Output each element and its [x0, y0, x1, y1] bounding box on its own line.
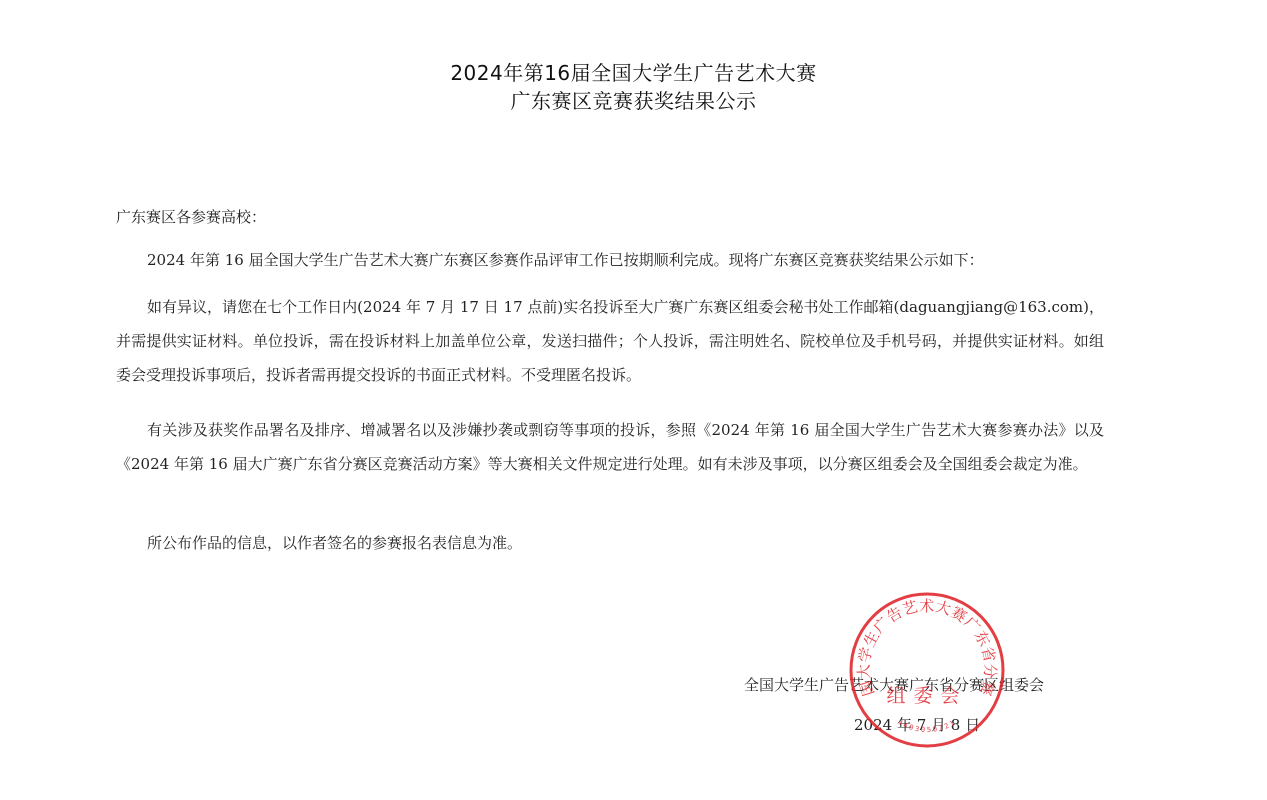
salutation: 广东赛区各参赛高校： [116, 200, 1104, 234]
paragraph-complaint-procedure: 如有异议，请您在七个工作日内(2024 年 7 月 17 日 17 点前)实名投… [116, 290, 1104, 392]
document-title-line-1: 2024年第16届全国大学生广告艺术大赛 [0, 59, 1267, 87]
signature-date: 2024 年 7 月 8 日 [744, 708, 1104, 742]
signature-organization: 全国大学生广告艺术大赛广东省分赛区组委会 [744, 668, 1104, 702]
signature-block: 全国大学生广告艺术大赛广东省分赛区组委会 2024 年 7 月 8 日 [744, 668, 1104, 742]
paragraph-announcement: 2024 年第 16 届全国大学生广告艺术大赛广东赛区参赛作品评审工作已按期顺利… [116, 243, 1104, 277]
document-page: 2024年第16届全国大学生广告艺术大赛 广东赛区竞赛获奖结果公示 广东赛区各参… [0, 0, 1267, 800]
paragraph-info-basis: 所公布作品的信息，以作者签名的参赛报名表信息为准。 [116, 526, 1104, 560]
document-title-line-2: 广东赛区竞赛获奖结果公示 [0, 87, 1267, 115]
paragraph-dispute-rules: 有关涉及获奖作品署名及排序、增减署名以及涉嫌抄袭或剽窃等事项的投诉，参照《202… [116, 413, 1104, 481]
